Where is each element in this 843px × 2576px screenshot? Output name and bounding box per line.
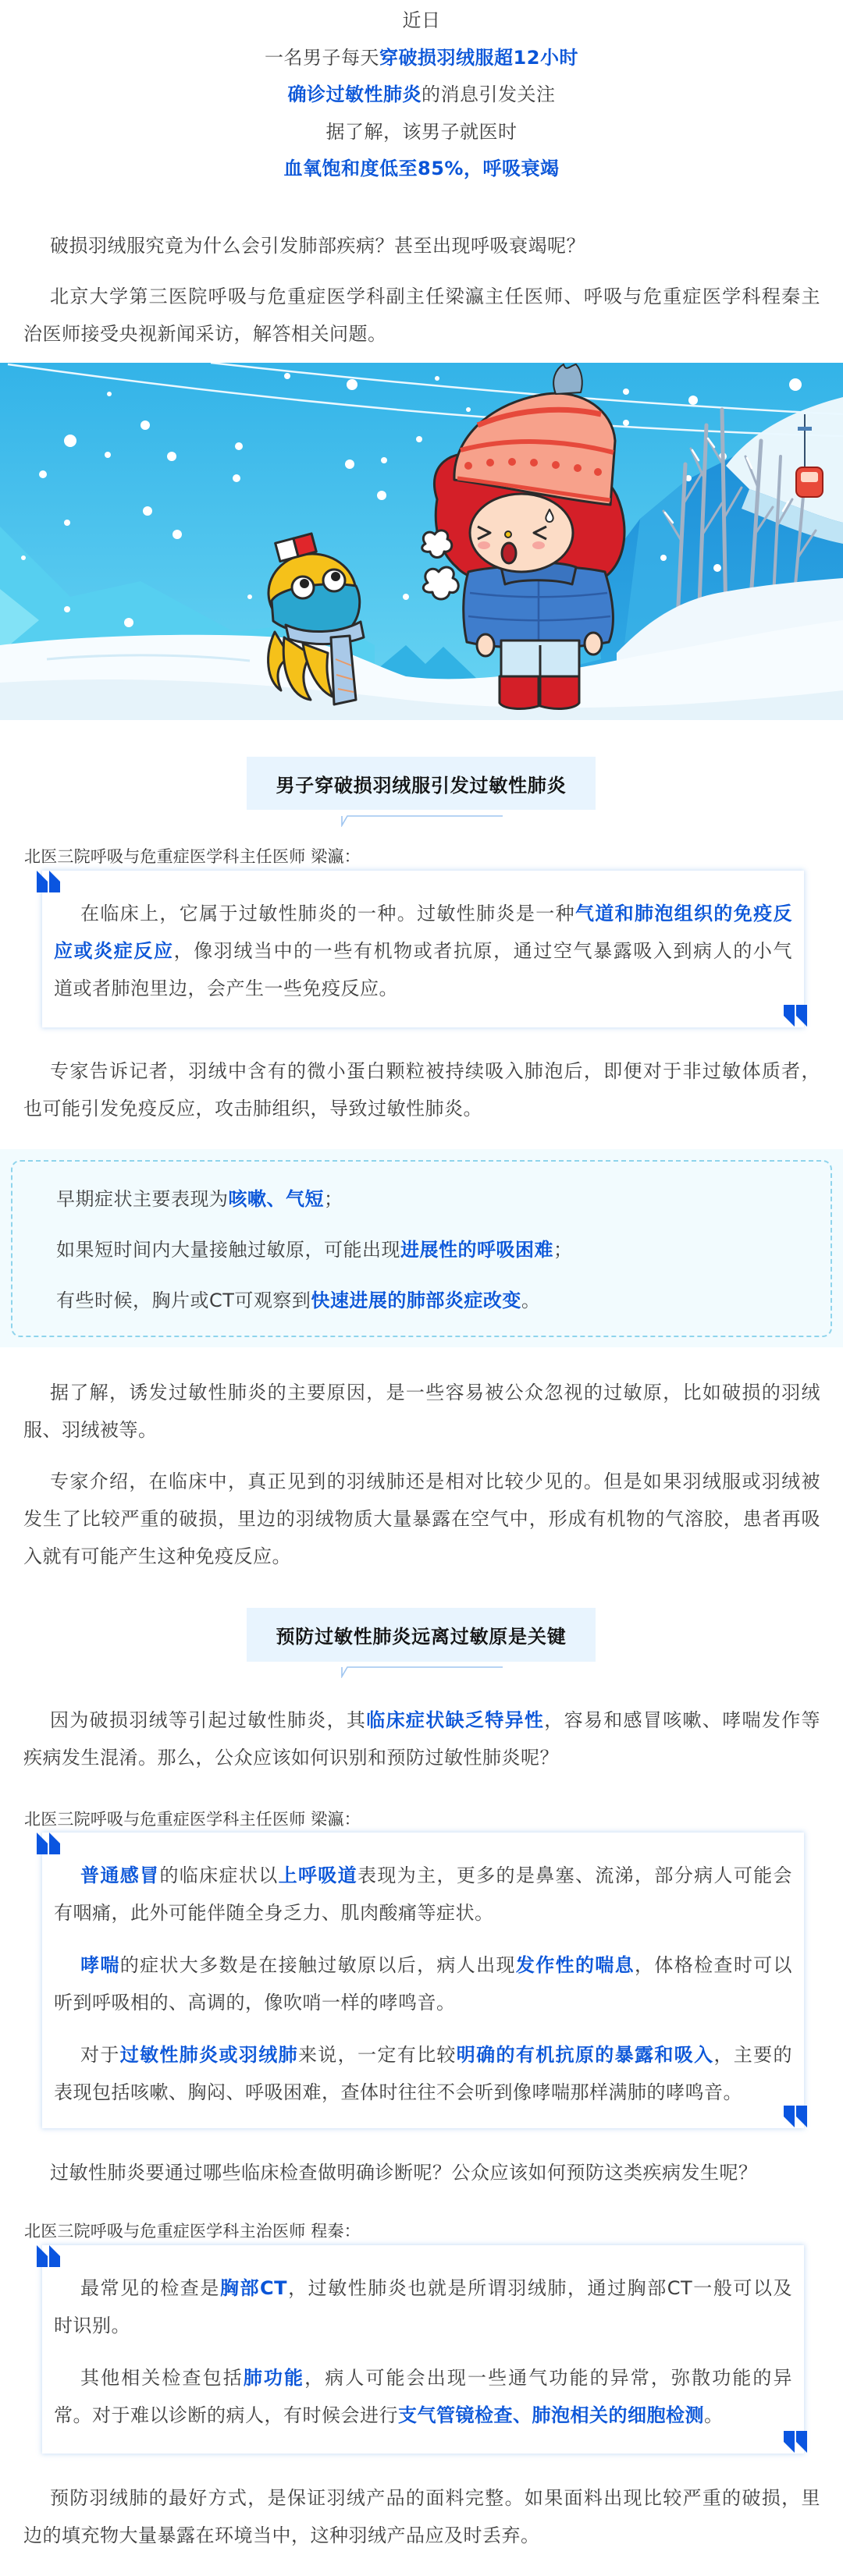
text-run: 表现为主，更多的是鼻塞、流涕，部分病人可能会	[357, 1865, 792, 1886]
text-run: 专家告诉记者，羽绒中含有的微小蛋白颗粒被持续吸入肺泡后，即便对于非过敏体质者，	[50, 1060, 820, 1082]
quote-mark-bar	[784, 2431, 795, 2453]
clinical-note-paragraph: 专家介绍，在临床中，真正见到的羽绒肺还是相对比较少见的。但是如果羽绒服或羽绒被发…	[23, 1463, 820, 1575]
quote-paragraph-chest-ct: 最常见的检查是胸部CT，过敏性肺炎也就是所谓羽绒肺，通过胸部CT一般可以及时识别…	[54, 2269, 792, 2344]
text-run: 早期症状主要表现为	[56, 1188, 229, 1210]
text-run: 其他相关检查包括	[80, 2367, 244, 2389]
text-run: 道或者肺泡里边，会产生一些免疫反应。	[54, 978, 398, 999]
highlighted-text: 支气管镜检查、肺泡相关的细胞检测	[398, 2404, 704, 2426]
highlighted-text: 进展性的呼吸困难	[400, 1239, 553, 1261]
text-run: 据了解，该男子就医时	[326, 121, 518, 143]
text-line: 哮喘的症状大多数是在接触过敏原以后，病人出现发作性的喘息，体格检查时可以	[54, 1946, 792, 1984]
text-run: ，容易和感冒咳嗽、哮喘发作等	[544, 1709, 820, 1731]
text-run: 北京大学第三医院呼吸与危重症医学科副主任梁瀛主任医师、呼吸与危重症医学科程秦主	[50, 286, 820, 307]
close-quote-icon	[784, 1005, 807, 1027]
text-line: 北京大学第三医院呼吸与危重症医学科副主任梁瀛主任医师、呼吸与危重症医学科程秦主	[23, 278, 820, 315]
text-run: 发生了比较严重的破损，里边的羽绒物质大量暴露在空气中，形成有机物的气溶胶，患者再…	[23, 1508, 820, 1530]
intro-headline: 近日一名男子每天穿破损羽绒服超12小时确诊过敏性肺炎的消息引发关注据了解，该男子…	[0, 2, 843, 188]
text-line: 应或炎症反应，像羽绒当中的一些有机物或者抗原，通过空气暴露吸入到病人的小气	[54, 932, 792, 970]
text-line: 确诊过敏性肺炎的消息引发关注	[0, 76, 843, 114]
text-line: 因为破损羽绒等引起过敏性肺炎，其临床症状缺乏特异性，容易和感冒咳嗽、哮喘发作等	[23, 1701, 820, 1739]
text-line: 一名男子每天穿破损羽绒服超12小时	[0, 40, 843, 77]
lead-question-paragraph: 破损羽绒服究竟为什么会引发肺部疾病？甚至出现呼吸衰竭呢？	[23, 227, 820, 264]
expert-attribution-label: 北医三院呼吸与危重症医学科主任医师 梁瀛：	[24, 845, 361, 868]
text-line: 服、羽绒被等。	[23, 1411, 820, 1449]
text-run: ；	[324, 1188, 343, 1210]
text-run: 破损羽绒服究竟为什么会引发肺部疾病？甚至出现呼吸衰竭呢？	[50, 235, 585, 257]
quote-mark-bar	[796, 2106, 807, 2127]
highlighted-text: 应或炎症反应	[54, 940, 174, 962]
text-line: 其他相关检查包括肺功能，病人可能会出现一些通气功能的异常，弥散功能的异	[54, 2359, 792, 2397]
text-line: 对于过敏性肺炎或羽绒肺来说，一定有比较明确的有机抗原的暴露和吸入，主要的	[54, 2036, 792, 2074]
text-line: 道或者肺泡里边，会产生一些免疫反应。	[54, 970, 792, 1007]
highlighted-text: 快速进展的肺部炎症改变	[311, 1290, 521, 1311]
quote-mark-bar	[49, 871, 60, 892]
symptoms-panel: 早期症状主要表现为咳嗽、气短； 如果短时间内大量接触过敏原，可能出现进展性的呼吸…	[0, 1149, 843, 1347]
text-line: 有咽痛，此外可能伴随全身乏力、肌肉酸痛等症状。	[54, 1894, 792, 1932]
text-run: 疾病发生混淆。那么，公众应该如何识别和预防过敏性肺炎呢？	[23, 1747, 559, 1769]
text-line: 近日	[0, 2, 843, 40]
highlighted-text: 肺功能	[244, 2367, 304, 2389]
text-line: 也可能引发免疫反应，攻击肺组织，导致过敏性肺炎。	[23, 1090, 820, 1127]
text-run: 。	[521, 1290, 541, 1311]
text-line: 边的填充物大量暴露在环境当中，这种羽绒产品应及时丢弃。	[23, 2517, 820, 2554]
section2-intro-paragraph: 因为破损羽绒等引起过敏性肺炎，其临床症状缺乏特异性，容易和感冒咳嗽、哮喘发作等疾…	[23, 1701, 820, 1776]
text-line: 过敏性肺炎要通过哪些临床检查做明确诊断呢？公众应该如何预防这类疾病发生呢？	[23, 2154, 820, 2191]
expert-quote-card: 普通感冒的临床症状以上呼吸道表现为主，更多的是鼻塞、流涕，部分病人可能会有咽痛，…	[42, 1833, 804, 2128]
open-quote-icon	[37, 2245, 60, 2267]
text-line: 血氧饱和度低至85%，呼吸衰竭	[0, 151, 843, 188]
text-line: 普通感冒的临床症状以上呼吸道表现为主，更多的是鼻塞、流涕，部分病人可能会	[54, 1857, 792, 1894]
quote-mark-bar	[796, 1005, 807, 1027]
text-line: 破损羽绒服究竟为什么会引发肺部疾病？甚至出现呼吸衰竭呢？	[23, 227, 820, 264]
quote-mark-bar	[37, 871, 48, 892]
lead-sources-paragraph: 北京大学第三医院呼吸与危重症医学科副主任梁瀛主任医师、呼吸与危重症医学科程秦主治…	[23, 278, 820, 353]
expert-attribution-label: 北医三院呼吸与危重症医学科主任医师 梁瀛：	[24, 1808, 361, 1831]
quote-mark-bar	[796, 2431, 807, 2453]
text-line: 据了解，该男子就医时	[0, 114, 843, 151]
heading-underline-decoration	[340, 1666, 504, 1678]
text-line: 发生了比较严重的破损，里边的羽绒物质大量暴露在空气中，形成有机物的气溶胶，患者再…	[23, 1500, 820, 1538]
section-heading-1: 男子穿破损羽绒服引发过敏性肺炎	[247, 757, 596, 810]
quote-paragraph-other-tests: 其他相关检查包括肺功能，病人可能会出现一些通气功能的异常，弥散功能的异常。对于难…	[54, 2359, 792, 2434]
symptom-item-exposure: 如果短时间内大量接触过敏原，可能出现进展性的呼吸困难；	[30, 1231, 813, 1268]
text-run: 时识别。	[54, 2315, 130, 2336]
text-run: 在临床上，它属于过敏性肺炎的一种。过敏性肺炎是一种	[80, 903, 575, 924]
text-line: 治医师接受央视新闻采访，解答相关问题。	[23, 315, 820, 353]
text-run: 。	[704, 2404, 724, 2426]
highlighted-text: 发作性的喘息	[516, 1954, 635, 1976]
text-run: 边的填充物大量暴露在环境当中，这种羽绒产品应及时丢弃。	[23, 2525, 540, 2546]
text-run: 的症状大多数是在接触过敏原以后，病人出现	[120, 1954, 516, 1976]
conclusion-paragraph: 预防羽绒肺的最好方式，是保证羽绒产品的面料完整。如果面料出现比较严重的破损，里边…	[23, 2479, 820, 2554]
highlighted-text: 血氧饱和度低至85%，呼吸衰竭	[284, 158, 560, 179]
article-page: 近日一名男子每天穿破损羽绒服超12小时确诊过敏性肺炎的消息引发关注据了解，该男子…	[0, 0, 843, 2576]
quote-mark-bar	[784, 2106, 795, 2127]
highlighted-text: 明确的有机抗原的暴露和吸入	[457, 2044, 714, 2066]
highlighted-text: 过敏性肺炎或羽绒肺	[120, 2044, 298, 2066]
expert-quote-card: 最常见的检查是胸部CT，过敏性肺炎也就是所谓羽绒肺，通过胸部CT一般可以及时识别…	[42, 2245, 804, 2454]
quote-mark-bar	[37, 1833, 48, 1854]
text-run: 近日	[403, 9, 441, 31]
expert-explains-paragraph: 专家告诉记者，羽绒中含有的微小蛋白颗粒被持续吸入肺泡后，即便对于非过敏体质者，也…	[23, 1052, 820, 1127]
text-run: 有咽痛，此外可能伴随全身乏力、肌肉酸痛等症状。	[54, 1902, 494, 1924]
text-line: 疾病发生混淆。那么，公众应该如何识别和预防过敏性肺炎呢？	[23, 1739, 820, 1776]
text-line: 有些时候，胸片或CT可观察到快速进展的肺部炎症改变。	[30, 1282, 813, 1319]
text-line: 最常见的检查是胸部CT，过敏性肺炎也就是所谓羽绒肺，通过胸部CT一般可以及	[54, 2269, 792, 2307]
highlighted-text: 哮喘	[80, 1954, 120, 1976]
text-run: 对于	[80, 2044, 120, 2066]
close-quote-icon	[784, 2431, 807, 2453]
section-heading-2: 预防过敏性肺炎远离过敏原是关键	[247, 1608, 596, 1662]
text-line: 表现包括咳嗽、胸闷、呼吸困难，查体时往往不会听到像哮喘那样满肺的哮鸣音。	[54, 2074, 792, 2111]
text-run: 的消息引发关注	[421, 83, 556, 105]
quote-mark-bar	[37, 2245, 48, 2267]
text-run: 因为破损羽绒等引起过敏性肺炎，其	[50, 1709, 366, 1731]
symptom-item-imaging: 有些时候，胸片或CT可观察到快速进展的肺部炎症改变。	[30, 1282, 813, 1319]
text-line: 时识别。	[54, 2307, 792, 2344]
text-run: 也可能引发免疫反应，攻击肺组织，导致过敏性肺炎。	[23, 1098, 482, 1119]
text-run: ，病人可能会出现一些通气功能的异常，弥散功能的异	[304, 2367, 792, 2389]
text-run: ，像羽绒当中的一些有机物或者抗原，通过空气暴露吸入到病人的小气	[174, 940, 792, 962]
text-line: 据了解，诱发过敏性肺炎的主要原因，是一些容易被公众忽视的过敏原，比如破损的羽绒	[23, 1374, 820, 1411]
text-run: 专家介绍，在临床中，真正见到的羽绒肺还是相对比较少见的。但是如果羽绒服或羽绒被	[50, 1471, 820, 1492]
text-run: 过敏性肺炎要通过哪些临床检查做明确诊断呢？公众应该如何预防这类疾病发生呢？	[50, 2162, 758, 2184]
text-run: ；	[553, 1239, 573, 1261]
open-quote-icon	[37, 871, 60, 892]
highlighted-text: 穿破损羽绒服超12小时	[379, 47, 578, 69]
text-run: ，过敏性肺炎也就是所谓羽绒肺，通过胸部CT一般可以及	[287, 2277, 792, 2299]
text-line: 在临床上，它属于过敏性肺炎的一种。过敏性肺炎是一种气道和肺泡组织的免疫反	[54, 895, 792, 932]
text-line: 专家介绍，在临床中，真正见到的羽绒肺还是相对比较少见的。但是如果羽绒服或羽绒被	[23, 1463, 820, 1500]
quote-paragraph: 在临床上，它属于过敏性肺炎的一种。过敏性肺炎是一种气道和肺泡组织的免疫反应或炎症…	[54, 895, 792, 1007]
text-run: 据了解，诱发过敏性肺炎的主要原因，是一些容易被公众忽视的过敏原，比如破损的羽绒	[50, 1382, 820, 1403]
winter-scene-illustration	[0, 363, 843, 720]
expert-quote-card: 在临床上，它属于过敏性肺炎的一种。过敏性肺炎是一种气道和肺泡组织的免疫反应或炎症…	[42, 871, 804, 1027]
quote-paragraph-asthma: 哮喘的症状大多数是在接触过敏原以后，病人出现发作性的喘息，体格检查时可以听到呼吸…	[54, 1946, 792, 2021]
text-run: 表现包括咳嗽、胸闷、呼吸困难，查体时往往不会听到像哮喘那样满肺的哮鸣音。	[54, 2081, 742, 2103]
expert-attribution-label: 北医三院呼吸与危重症医学科主治医师 程秦：	[24, 2219, 361, 2243]
open-quote-icon	[37, 1833, 60, 1854]
text-line: 入就有可能产生这种免疫反应。	[23, 1538, 820, 1575]
text-run: 服、羽绒被等。	[23, 1419, 158, 1441]
text-run: 有些时候，胸片或CT可观察到	[56, 1290, 311, 1311]
highlighted-text: 确诊过敏性肺炎	[288, 83, 422, 105]
highlighted-text: 气道和肺泡组织的免疫反	[575, 903, 792, 924]
text-run: 听到呼吸相的、高调的，像吹哨一样的哮鸣音。	[54, 1992, 456, 2014]
quote-mark-bar	[49, 2245, 60, 2267]
quote-mark-bar	[784, 1005, 795, 1027]
text-run: 常。对于难以诊断的病人，有时候会进行	[54, 2404, 398, 2426]
highlighted-text: 咳嗽、气短	[229, 1188, 325, 1210]
highlighted-text: 临床症状缺乏特异性	[366, 1709, 544, 1731]
text-run: 一名男子每天	[265, 47, 379, 69]
text-run: 如果短时间内大量接触过敏原，可能出现	[56, 1239, 400, 1261]
text-run: ，主要的	[713, 2044, 792, 2066]
quote-paragraph-common-cold: 普通感冒的临床症状以上呼吸道表现为主，更多的是鼻塞、流涕，部分病人可能会有咽痛，…	[54, 1857, 792, 1932]
text-line: 如果短时间内大量接触过敏原，可能出现进展性的呼吸困难；	[30, 1231, 813, 1268]
text-line: 听到呼吸相的、高调的，像吹哨一样的哮鸣音。	[54, 1984, 792, 2021]
text-run: 治医师接受央视新闻采访，解答相关问题。	[23, 323, 387, 345]
text-run: 最常见的检查是	[80, 2277, 220, 2299]
highlighted-text: 上呼吸道	[279, 1865, 357, 1886]
symptoms-dashed-box: 早期症状主要表现为咳嗽、气短； 如果短时间内大量接触过敏原，可能出现进展性的呼吸…	[11, 1160, 832, 1337]
close-quote-icon	[784, 2106, 807, 2127]
text-line: 早期症状主要表现为咳嗽、气短；	[30, 1180, 813, 1218]
text-line: 预防羽绒肺的最好方式，是保证羽绒产品的面料完整。如果面料出现比较严重的破损，里	[23, 2479, 820, 2517]
text-line: 专家告诉记者，羽绒中含有的微小蛋白颗粒被持续吸入肺泡后，即便对于非过敏体质者，	[23, 1052, 820, 1090]
highlighted-text: 胸部CT	[220, 2277, 287, 2299]
symptom-item-early: 早期症状主要表现为咳嗽、气短；	[30, 1180, 813, 1218]
heading-underline-decoration	[340, 814, 504, 827]
text-run: 来说，一定有比较	[298, 2044, 457, 2066]
quote-paragraph-allergic-pneumonia: 对于过敏性肺炎或羽绒肺来说，一定有比较明确的有机抗原的暴露和吸入，主要的表现包括…	[54, 2036, 792, 2111]
text-line: 常。对于难以诊断的病人，有时候会进行支气管镜检查、肺泡相关的细胞检测。	[54, 2397, 792, 2434]
text-run: 入就有可能产生这种免疫反应。	[23, 1545, 291, 1567]
diagnosis-question-paragraph: 过敏性肺炎要通过哪些临床检查做明确诊断呢？公众应该如何预防这类疾病发生呢？	[23, 2154, 820, 2191]
highlighted-text: 普通感冒	[80, 1865, 159, 1886]
text-run: ，体格检查时可以	[635, 1954, 792, 1976]
text-run: 的临床症状以	[159, 1865, 278, 1886]
text-run: 预防羽绒肺的最好方式，是保证羽绒产品的面料完整。如果面料出现比较严重的破损，里	[50, 2487, 820, 2509]
quote-mark-bar	[49, 1833, 60, 1854]
causes-paragraph: 据了解，诱发过敏性肺炎的主要原因，是一些容易被公众忽视的过敏原，比如破损的羽绒服…	[23, 1374, 820, 1449]
